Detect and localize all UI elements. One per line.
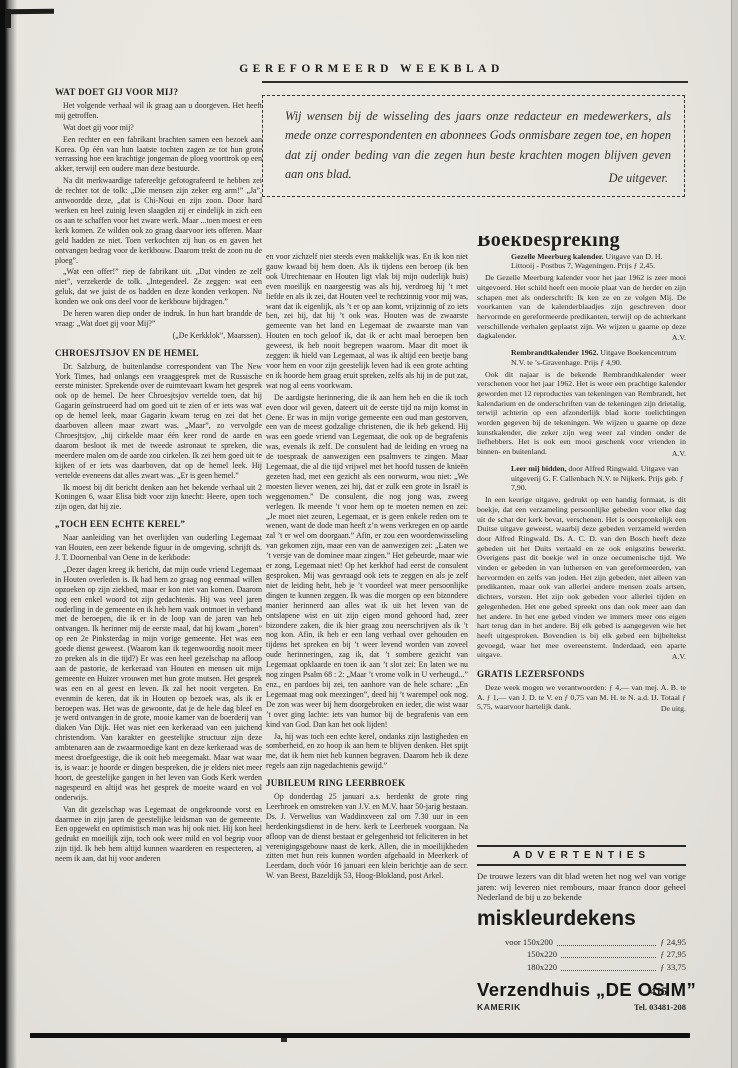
price-label: 150x220 xyxy=(527,948,557,961)
advert-intro: De trouwe lezers van dit blad weten het … xyxy=(477,871,686,903)
paragraph: Het volgende verhaal wil ik graag aan u … xyxy=(55,101,262,121)
advert-product-name: miskleurdekens xyxy=(477,907,686,931)
dotted-leader xyxy=(561,957,656,958)
review-body: Ook dit najaar is de bekende Rembrandtka… xyxy=(477,370,686,457)
article-title: GRATIS LEZERSFONDS xyxy=(477,670,686,680)
price-row: voor 150x200 ƒ 24,95 xyxy=(505,936,686,949)
advert-phone: Tel. 03481-208 xyxy=(634,1002,686,1012)
article-source: („De Kerkklok”, Maarssen). xyxy=(55,331,262,341)
review-heading: Rembrandtkalender 1962. Uitgave Boekence… xyxy=(511,348,686,367)
paragraph: en voor zichzelf niet steeds even makkel… xyxy=(266,252,468,391)
review-title: Leer mij bidden, xyxy=(511,464,567,473)
paragraph: De aardigste herinnering, die ik aan hem… xyxy=(266,393,468,730)
paragraph: Ja, hij was toch een echte kerel, ondank… xyxy=(266,732,468,772)
paragraph: Naar aanleiding van het overlijden van o… xyxy=(55,533,262,563)
page-number: 415 xyxy=(650,986,667,998)
paragraph: Dr. Salzburg, de buitenlandse correspond… xyxy=(55,362,262,481)
paragraph: Ik moest bij dit bericht denken aan het … xyxy=(55,483,262,513)
price-label: voor 150x200 xyxy=(505,936,553,949)
paragraph: Een rechter en een fabrikant brachten sa… xyxy=(55,135,262,175)
article-title: „TOCH EEN ECHTE KEREL” xyxy=(55,520,262,530)
section-title: Boekbespreking xyxy=(477,236,686,246)
new-year-notice-box: Wij wensen bij de wisseling des jaars on… xyxy=(262,95,685,197)
price-label: 180x220 xyxy=(527,961,557,974)
paragraph: „Dezer dagen kreeg ik bericht, dat mijn … xyxy=(55,565,262,803)
paragraph: Op donderdag 25 januari a.s. herdenkt de… xyxy=(266,792,468,881)
paragraph: De heren waren diep onder de indruk. In … xyxy=(55,309,262,329)
price-row: 150x220 ƒ 27,95 xyxy=(505,948,686,961)
notice-signature: De uitgever. xyxy=(609,171,668,186)
article-title: JUBILEUM RING LEERBROEK xyxy=(266,779,468,789)
price-row: 180x220 ƒ 33,75 xyxy=(505,961,686,974)
price-value: ƒ 24,95 xyxy=(660,936,686,949)
paragraph: „Wat een offer!” riep de fabrikant uit. … xyxy=(55,267,262,307)
review-body: De Gezelle Meerburg kalender voor het ja… xyxy=(477,273,686,341)
advert-city: KAMERIK xyxy=(477,1002,521,1012)
review-heading: Gezelle Meerburg kalender. Uitgave van D… xyxy=(511,252,686,271)
paragraph: Na dit merkwaardige tafereeltje gefotogr… xyxy=(55,176,262,265)
advert-header: ADVERTENTIES xyxy=(477,845,686,866)
price-value: ƒ 27,95 xyxy=(660,948,686,961)
masthead-title: GEREFORMEERD WEEKBLAD xyxy=(55,63,688,75)
masthead-rule xyxy=(262,81,688,83)
price-value: ƒ 33,75 xyxy=(660,961,686,974)
dotted-leader xyxy=(561,970,656,971)
advert-contact-row: KAMERIK Tel. 03481-208 xyxy=(477,1002,686,1012)
scan-edge-shadow-left xyxy=(0,0,18,1068)
page-bottom-rule xyxy=(30,1033,690,1038)
scan-mark xyxy=(281,1038,287,1042)
review-title: Rembrandtkalender 1962. xyxy=(511,348,598,357)
paragraph: Van dit gezelschap was Legemaat de ongek… xyxy=(55,805,262,864)
article-title: WAT DOET GIJ VOOR MIJ? xyxy=(55,88,262,98)
article-title: CHROESJTSJOV EN DE HEMEL xyxy=(55,349,262,359)
scan-corner-mark xyxy=(6,9,54,15)
paragraph: Wat doet gij voor mij? xyxy=(55,123,262,133)
review-heading: Leer mij bidden, door Alfred Ringwald. U… xyxy=(511,464,686,493)
column-3: Boekbespreking Gezelle Meerburg kalender… xyxy=(477,236,686,845)
review-title: Gezelle Meerburg kalender. xyxy=(511,252,604,261)
dotted-leader xyxy=(557,945,656,946)
column-2: en voor zichzelf niet steeds even makkel… xyxy=(266,252,468,1004)
scanned-magazine-page: GEREFORMEERD WEEKBLAD Wij wensen bij de … xyxy=(0,0,738,1068)
scan-corner-mark xyxy=(6,9,11,28)
scan-edge-shadow-right xyxy=(731,0,738,1068)
column-1: WAT DOET GIJ VOOR MIJ? Het volgende verh… xyxy=(55,88,262,994)
reviewer-initials: A.V. xyxy=(477,652,686,662)
review-body: In een keurige uitgave, gedrukt op een h… xyxy=(477,495,686,660)
